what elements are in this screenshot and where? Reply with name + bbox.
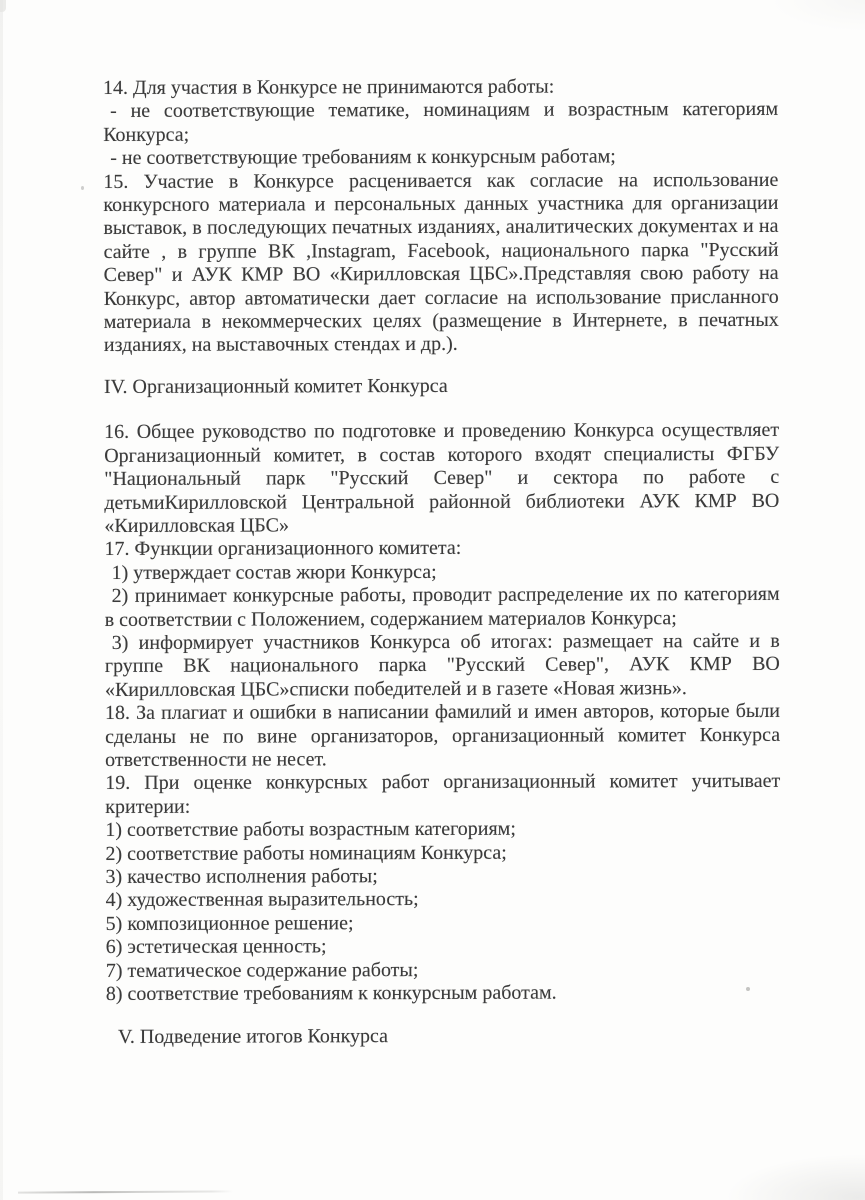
paragraph: - не соответствующие требованиям к конку… [103,145,778,171]
paragraph: 3) качество исполнения работы; [105,864,780,890]
paragraph: 17. Функции организационного комитета: [104,536,779,562]
scanned-page: 14. Для участия в Конкурсе не принимаютс… [0,0,865,1200]
paragraph: 5) композиционное решение; [106,911,781,937]
paragraph: 1) соответствие работы возрастным катего… [105,817,780,843]
scan-noise-top-right [775,0,865,30]
paragraph: 18. За плагиат и ошибки в написании фами… [105,700,780,772]
paragraph: - не соответствующие тематике, номинация… [103,98,778,147]
paragraph: 16. Общее руководство по подготовке и пр… [104,419,779,538]
scan-noise-bottom-right [725,1154,865,1200]
paragraph: 14. Для участия в Конкурсе не принимаютс… [103,75,778,101]
scan-edge-line [18,1190,233,1193]
paragraph: 3) информирует участников Конкурса об ит… [105,630,780,702]
paragraph: 19. При оценке конкурсных работ организа… [105,770,780,819]
paragraph: 8) соответствие требованиям к конкурсным… [106,981,781,1007]
section-heading: IV. Организационный комитет Конкурса [104,374,779,400]
paragraph: 2) принимает конкурсные работы, проводит… [105,583,780,632]
paragraph: 6) эстетическая ценность; [106,934,781,960]
paragraph: 4) художественная выразительность; [106,887,781,913]
scan-speck [81,186,84,190]
scan-corner-artifact [0,0,6,12]
scan-edge-shadow [0,0,3,1200]
scan-speck [746,987,750,991]
paragraph: 1) утверждает состав жюри Конкурса; [105,560,780,586]
paragraph: 2) соответствие работы номинациям Конкур… [105,840,780,866]
paragraph: 7) тематическое содержание работы; [106,958,781,984]
section-heading: V. Подведение итогов Конкурса [106,1024,781,1050]
document-body: 14. Для участия в Конкурсе не принимаютс… [103,75,781,1050]
paragraph: 15. Участие в Конкурсе расценивается как… [103,169,779,358]
